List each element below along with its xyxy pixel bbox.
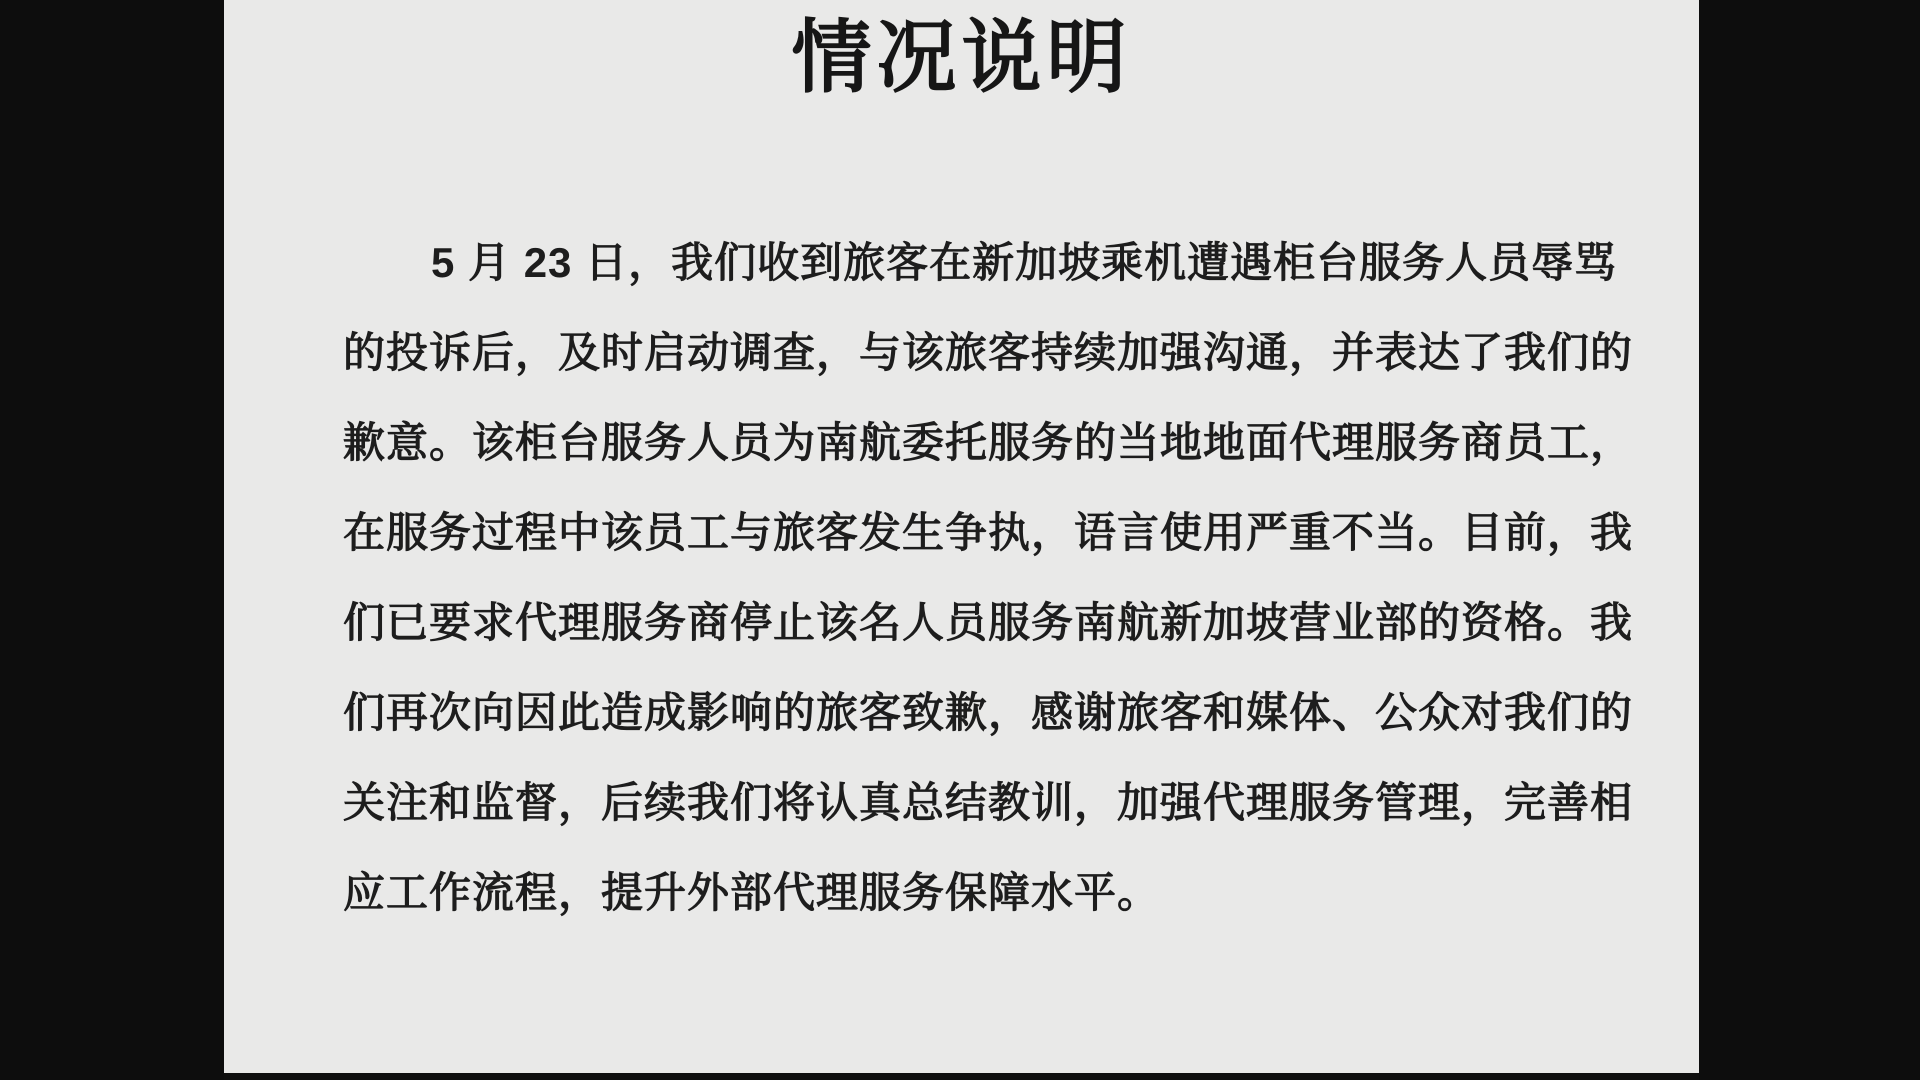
body-line: 们再次向因此造成影响的旅客致歉，感谢旅客和媒体、公众对我们的 <box>343 668 1581 758</box>
body-line: 的投诉后，及时启动调查，与该旅客持续加强沟通，并表达了我们的 <box>343 308 1581 398</box>
letterbox-right-bar <box>1699 0 1920 1080</box>
statement-body: 5 月 23 日，我们收到旅客在新加坡乘机遭遇柜台服务人员辱骂 的投诉后，及时启… <box>343 218 1581 938</box>
body-line: 们已要求代理服务商停止该名人员服务南航新加坡营业部的资格。我 <box>343 578 1581 668</box>
statement-screenshot: 情况说明 5 月 23 日，我们收到旅客在新加坡乘机遭遇柜台服务人员辱骂 的投诉… <box>0 0 1920 1080</box>
body-line: 在服务过程中该员工与旅客发生争执，语言使用严重不当。目前，我 <box>343 488 1581 578</box>
letterbox-left-bar <box>0 0 224 1080</box>
body-line: 5 月 23 日，我们收到旅客在新加坡乘机遭遇柜台服务人员辱骂 <box>343 218 1581 308</box>
body-line: 应工作流程，提升外部代理服务保障水平。 <box>343 848 1581 938</box>
statement-document: 情况说明 5 月 23 日，我们收到旅客在新加坡乘机遭遇柜台服务人员辱骂 的投诉… <box>224 0 1699 1073</box>
body-line: 歉意。该柜台服务人员为南航委托服务的当地地面代理服务商员工， <box>343 398 1581 488</box>
body-line: 关注和监督，后续我们将认真总结教训，加强代理服务管理，完善相 <box>343 758 1581 848</box>
statement-title: 情况说明 <box>224 0 1699 108</box>
